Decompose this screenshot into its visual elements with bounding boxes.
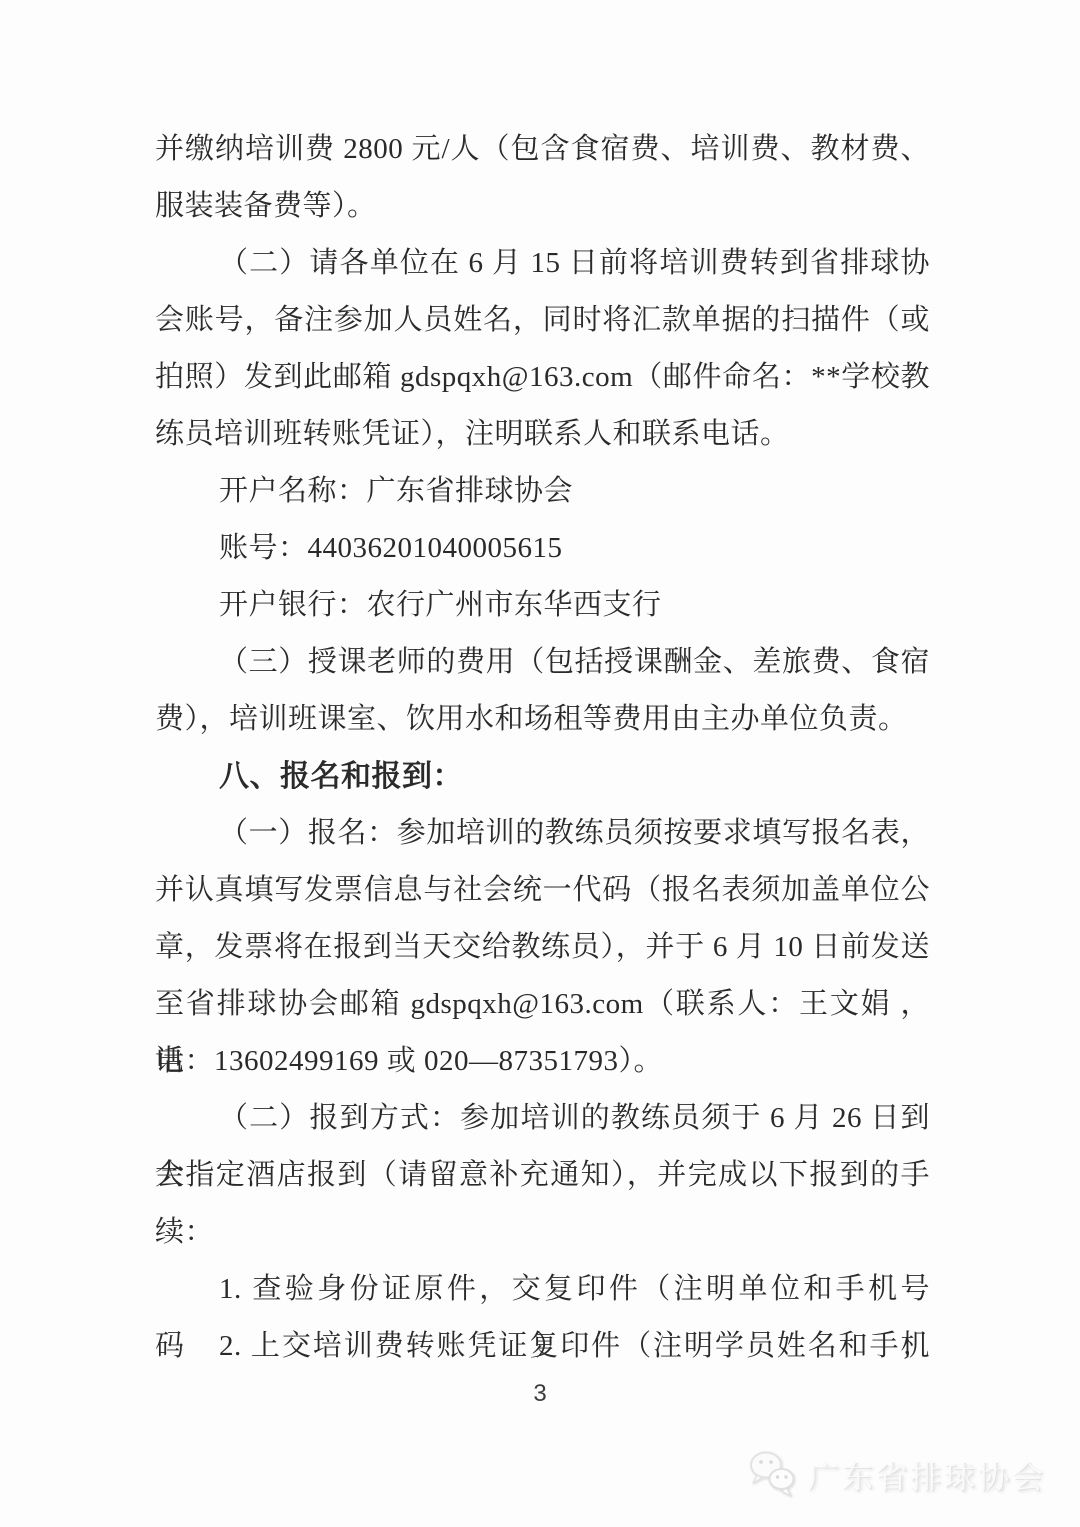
text-line: （二）请各单位在 6 月 15 日前将培训费转到省排球协 xyxy=(155,235,930,292)
text-line: 费），培训班课室、饮用水和场租等费用由主办单位负责。 xyxy=(155,691,930,748)
text-line: 续： xyxy=(155,1204,930,1261)
text-line: 2. 上交培训费转账凭证复印件（注明学员姓名和手机 xyxy=(155,1318,930,1375)
text-line: （三）授课老师的费用（包括授课酬金、差旅费、食宿 xyxy=(155,634,930,691)
text-line: 会指定酒店报到（请留意补充通知），并完成以下报到的手 xyxy=(155,1147,930,1204)
text-line: 服装装备费等）。 xyxy=(155,178,930,235)
text-line: 练员培训班转账凭证），注明联系人和联系电话。 xyxy=(155,406,930,463)
text-line: （二）报到方式：参加培训的教练员须于 6 月 26 日到大 xyxy=(155,1090,930,1147)
text-line: 至省排球协会邮箱 gdspqxh@163.com（联系人：王文娟 ，电 xyxy=(155,976,930,1033)
text-line: 拍照）发到此邮箱 gdspqxh@163.com（邮件命名：**学校教 xyxy=(155,349,930,406)
text-line: 开户名称：广东省排球协会 xyxy=(155,463,930,520)
document-text: 并缴纳培训费 2800 元/人（包含食宿费、培训费、教材费、服装装备费等）。（二… xyxy=(155,121,930,1375)
text-line: 1. 查验身份证原件，交复印件（注明单位和手机号码）； xyxy=(155,1261,930,1318)
text-line: 章，发票将在报到当天交给教练员），并于 6 月 10 日前发送 xyxy=(155,919,930,976)
watermark: 广东省排球协会 xyxy=(748,1448,1046,1500)
text-line: 账号：44036201040005615 xyxy=(155,520,930,577)
text-line: 八、报名和报到： xyxy=(155,748,930,805)
text-line: （一）报名：参加培训的教练员须按要求填写报名表， xyxy=(155,805,930,862)
text-line: 并缴纳培训费 2800 元/人（包含食宿费、培训费、教材费、 xyxy=(155,121,930,178)
wechat-logo-icon xyxy=(748,1448,800,1500)
document-page: 并缴纳培训费 2800 元/人（包含食宿费、培训费、教材费、服装装备费等）。（二… xyxy=(0,0,1080,1527)
page-number: 3 xyxy=(0,1380,1080,1408)
watermark-label: 广东省排球协会 xyxy=(808,1452,1046,1497)
text-line: 话：13602499169 或 020—87351793）。 xyxy=(155,1033,930,1090)
text-line: 并认真填写发票信息与社会统一代码（报名表须加盖单位公 xyxy=(155,862,930,919)
text-line: 开户银行：农行广州市东华西支行 xyxy=(155,577,930,634)
text-line: 会账号，备注参加人员姓名，同时将汇款单据的扫描件（或 xyxy=(155,292,930,349)
